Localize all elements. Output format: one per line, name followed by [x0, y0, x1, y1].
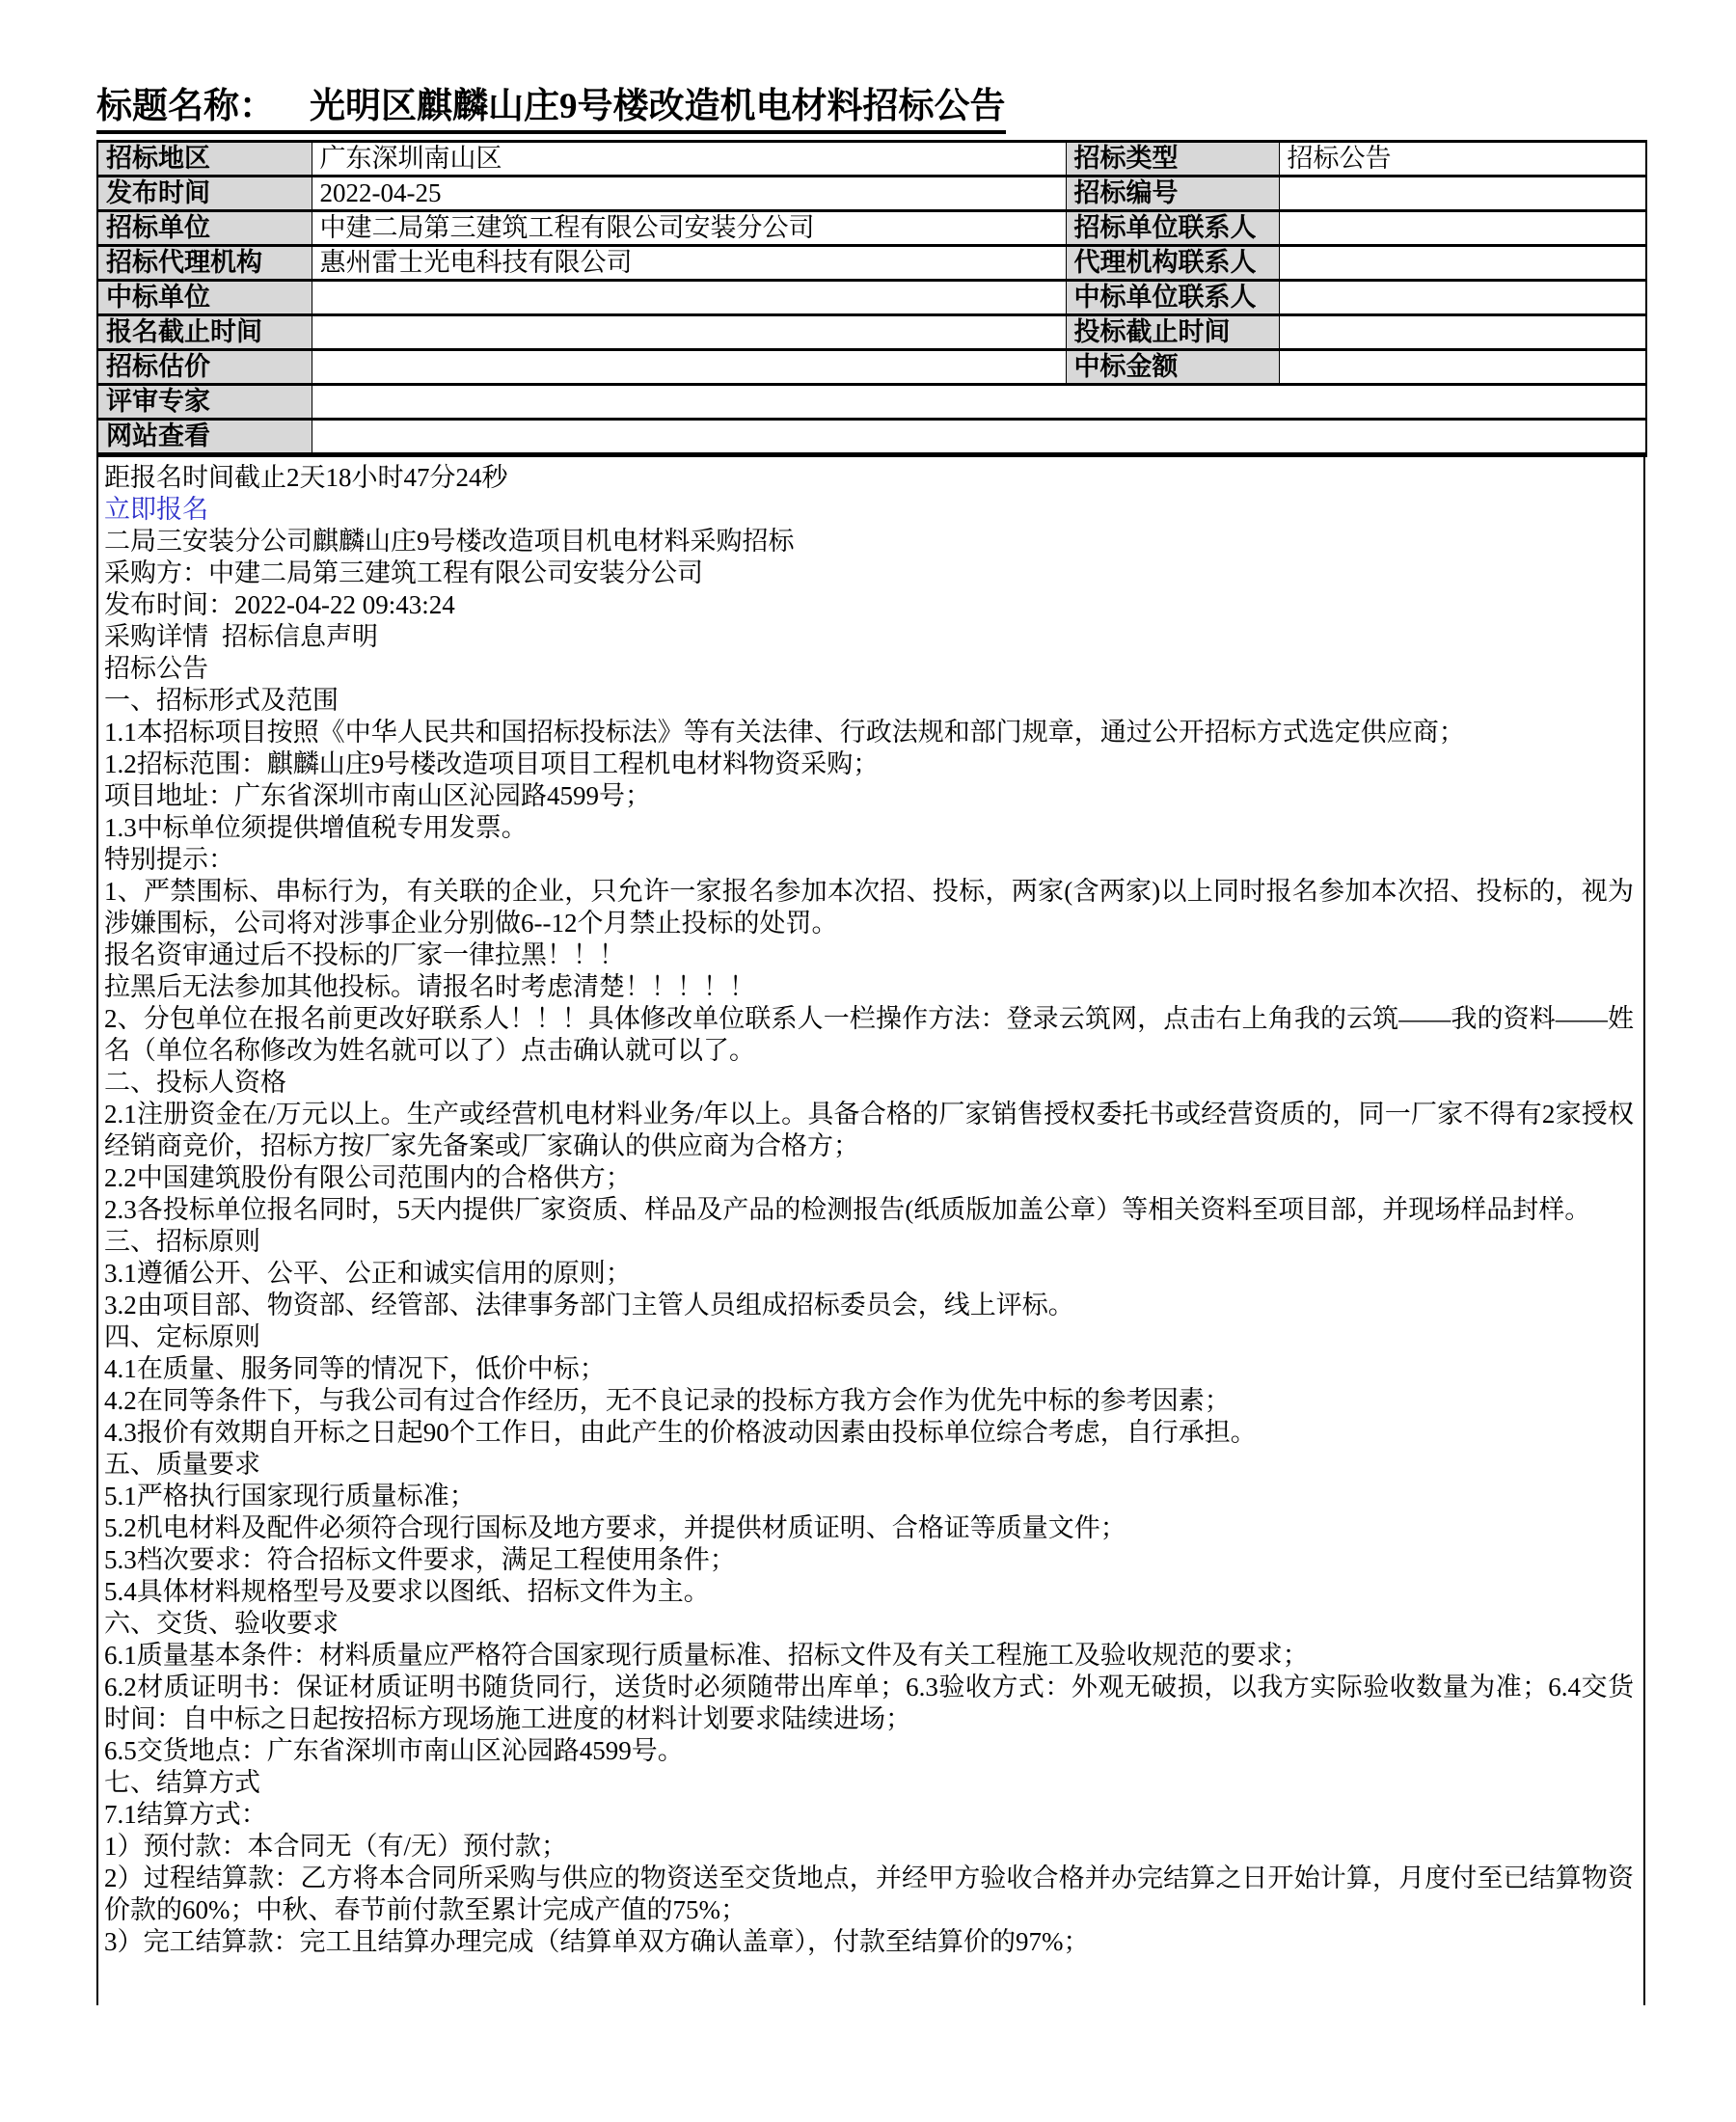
announcement-paragraph: 3）完工结算款：完工且结算办理完成（结算单双方确认盖章），付款至结算价的97%； — [104, 1926, 1634, 1958]
field-label: 中标单位 — [97, 281, 312, 315]
announcement-paragraph: 5.4具体材料规格型号及要求以图纸、招标文件为主。 — [104, 1576, 1634, 1608]
announcement-paragraph: 6.5交货地点：广东省深圳市南山区沁园路4599号。 — [104, 1735, 1634, 1767]
field-label: 代理机构联系人 — [1066, 246, 1279, 281]
signup-link-line: 立即报名 — [104, 494, 1634, 526]
document-page: 标题名称：光明区麒麟山庄9号楼改造机电材料招标公告 招标地区广东深圳南山区招标类… — [0, 0, 1736, 2005]
announcement-paragraph: 5.1严格执行国家现行质量标准； — [104, 1481, 1634, 1512]
announcement-paragraph: 1.2招标范围：麒麟山庄9号楼改造项目项目工程机电材料物资采购； — [104, 748, 1634, 780]
announcement-paragraph: 1.1本招标项目按照《中华人民共和国招标投标法》等有关法律、行政法规和部门规章，… — [104, 717, 1634, 748]
title-text: 光明区麒麟山庄9号楼改造机电材料招标公告 — [310, 87, 1006, 126]
info-table-row: 招标估价中标金额 — [97, 350, 1646, 385]
field-label: 招标类型 — [1066, 142, 1279, 177]
tab-purchase-detail[interactable]: 采购详情 — [104, 622, 208, 651]
field-value: 惠州雷士光电科技有限公司 — [312, 246, 1066, 281]
announcement-paragraph: 1）预付款：本合同无（有/无）预付款； — [104, 1831, 1634, 1863]
announcement-paragraph: 2.2中国建筑股份有限公司范围内的合格供方； — [104, 1162, 1634, 1194]
field-value — [312, 385, 1646, 420]
field-value — [312, 420, 1646, 455]
announcement-paragraph: 7.1结算方式： — [104, 1799, 1634, 1831]
field-label: 评审专家 — [97, 385, 312, 420]
field-value — [312, 281, 1066, 315]
field-value — [312, 350, 1066, 385]
tender-info-table: 招标地区广东深圳南山区招标类型招标公告发布时间2022-04-25招标编号招标单… — [96, 140, 1647, 457]
announcement-paragraph: 2.1注册资金在/万元以上。生产或经营机电材料业务/年以上。具备合格的厂家销售授… — [104, 1099, 1634, 1162]
announcement-paragraph: 七、结算方式 — [104, 1767, 1634, 1799]
announcement-paragraph: 3.1遵循公开、公平、公正和诚实信用的原则； — [104, 1258, 1634, 1290]
info-table-row: 发布时间2022-04-25招标编号 — [97, 177, 1646, 211]
field-value: 广东深圳南山区 — [312, 142, 1066, 177]
field-value: 招标公告 — [1279, 142, 1646, 177]
field-value — [1279, 177, 1646, 211]
field-label: 招标代理机构 — [97, 246, 312, 281]
tab-info-declaration[interactable]: 招标信息声明 — [222, 622, 378, 651]
announcement-paragraph: 4.1在质量、服务同等的情况下，低价中标； — [104, 1353, 1634, 1385]
announcement-paragraph: 二、投标人资格 — [104, 1067, 1634, 1099]
announcement-paragraph: 三、招标原则 — [104, 1226, 1634, 1258]
field-label: 招标估价 — [97, 350, 312, 385]
info-table-row: 招标代理机构惠州雷士光电科技有限公司代理机构联系人 — [97, 246, 1646, 281]
announcement-paragraph: 1、严禁围标、串标行为，有关联的企业，只允许一家报名参加本次招、投标，两家(含两… — [104, 876, 1634, 939]
field-label: 招标编号 — [1066, 177, 1279, 211]
announcement-paragraph: 3.2由项目部、物资部、经管部、法律事务部门主管人员组成招标委员会，线上评标。 — [104, 1290, 1634, 1321]
announcement-paragraph: 2.3各投标单位报名同时，5天内提供厂家资质、样品及产品的检测报告(纸质版加盖公… — [104, 1194, 1634, 1226]
field-value: 2022-04-25 — [312, 177, 1066, 211]
announcement-paragraph: 6.1质量基本条件：材料质量应严格符合国家现行质量标准、招标文件及有关工程施工及… — [104, 1640, 1634, 1672]
info-table-row: 招标地区广东深圳南山区招标类型招标公告 — [97, 142, 1646, 177]
title-label: 标题名称： — [96, 87, 275, 126]
field-value — [1279, 246, 1646, 281]
announcement-body: 距报名时间截止2天18小时47分24秒 立即报名 二局三安装分公司麒麟山庄9号楼… — [96, 457, 1645, 2005]
announcement-paragraph: 一、招标形式及范围 — [104, 685, 1634, 717]
countdown-text: 距报名时间截止2天18小时47分24秒 — [104, 462, 1634, 494]
announcement-paragraph: 1.3中标单位须提供增值税专用发票。 — [104, 812, 1634, 844]
info-table-full-row: 网站查看 — [97, 420, 1646, 455]
announcement-paragraph: 拉黑后无法参加其他投标。请报名时考虑清楚！！！！！ — [104, 971, 1634, 1003]
info-table-row: 招标单位中建二局第三建筑工程有限公司安装分公司招标单位联系人 — [97, 211, 1646, 246]
info-table-full-row: 评审专家 — [97, 385, 1646, 420]
announcement-paragraph: 项目地址：广东省深圳市南山区沁园路4599号； — [104, 780, 1634, 812]
field-value — [1279, 350, 1646, 385]
announcement-paragraph: 报名资审通过后不投标的厂家一律拉黑！！！ — [104, 939, 1634, 971]
field-label: 投标截止时间 — [1066, 315, 1279, 350]
announcement-paragraph: 4.3报价有效期自开标之日起90个工作日，由此产生的价格波动因素由投标单位综合考… — [104, 1417, 1634, 1449]
announcement-paragraph: 4.2在同等条件下，与我公司有过合作经历，无不良记录的投标方我方会作为优先中标的… — [104, 1385, 1634, 1417]
tabs-line: 采购详情招标信息声明 — [104, 621, 1634, 653]
field-value: 中建二局第三建筑工程有限公司安装分公司 — [312, 211, 1066, 246]
field-value — [1279, 211, 1646, 246]
field-label: 招标单位联系人 — [1066, 211, 1279, 246]
announcement-paragraph: 四、定标原则 — [104, 1321, 1634, 1353]
announcement-paragraphs: 一、招标形式及范围1.1本招标项目按照《中华人民共和国招标投标法》等有关法律、行… — [104, 685, 1634, 1958]
announcement-paragraph: 五、质量要求 — [104, 1449, 1634, 1481]
announcement-paragraph: 特别提示： — [104, 844, 1634, 876]
announcement-paragraph: 5.3档次要求：符合招标文件要求，满足工程使用条件； — [104, 1544, 1634, 1576]
field-value — [312, 315, 1066, 350]
purchaser-line: 采购方：中建二局第三建筑工程有限公司安装分公司 — [104, 558, 1634, 589]
info-table-row: 报名截止时间投标截止时间 — [97, 315, 1646, 350]
project-title: 二局三安装分公司麒麟山庄9号楼改造项目机电材料采购招标 — [104, 526, 1634, 558]
info-table-row: 中标单位中标单位联系人 — [97, 281, 1646, 315]
field-label: 招标单位 — [97, 211, 312, 246]
field-label: 中标单位联系人 — [1066, 281, 1279, 315]
signup-link[interactable]: 立即报名 — [104, 495, 208, 524]
field-label: 报名截止时间 — [97, 315, 312, 350]
announcement-paragraph: 六、交货、验收要求 — [104, 1608, 1634, 1640]
field-value — [1279, 315, 1646, 350]
announcement-paragraph: 2、分包单位在报名前更改好联系人！！！具体修改单位联系人一栏操作方法：登录云筑网… — [104, 1003, 1634, 1067]
announcement-paragraph: 5.2机电材料及配件必须符合现行国标及地方要求，并提供材质证明、合格证等质量文件… — [104, 1512, 1634, 1544]
doc-heading: 招标公告 — [104, 653, 1634, 685]
field-label: 发布时间 — [97, 177, 312, 211]
field-value — [1279, 281, 1646, 315]
field-label: 网站查看 — [97, 420, 312, 455]
field-label: 招标地区 — [97, 142, 312, 177]
announcement-paragraph: 6.2材质证明书：保证材质证明书随货同行，送货时必须随带出库单；6.3验收方式：… — [104, 1672, 1634, 1735]
page-title: 标题名称：光明区麒麟山庄9号楼改造机电材料招标公告 — [96, 85, 1006, 134]
publish-time-line: 发布时间：2022-04-22 09:43:24 — [104, 589, 1634, 621]
field-label: 中标金额 — [1066, 350, 1279, 385]
announcement-paragraph: 2）过程结算款：乙方将本合同所采购与供应的物资送至交货地点，并经甲方验收合格并办… — [104, 1863, 1634, 1926]
